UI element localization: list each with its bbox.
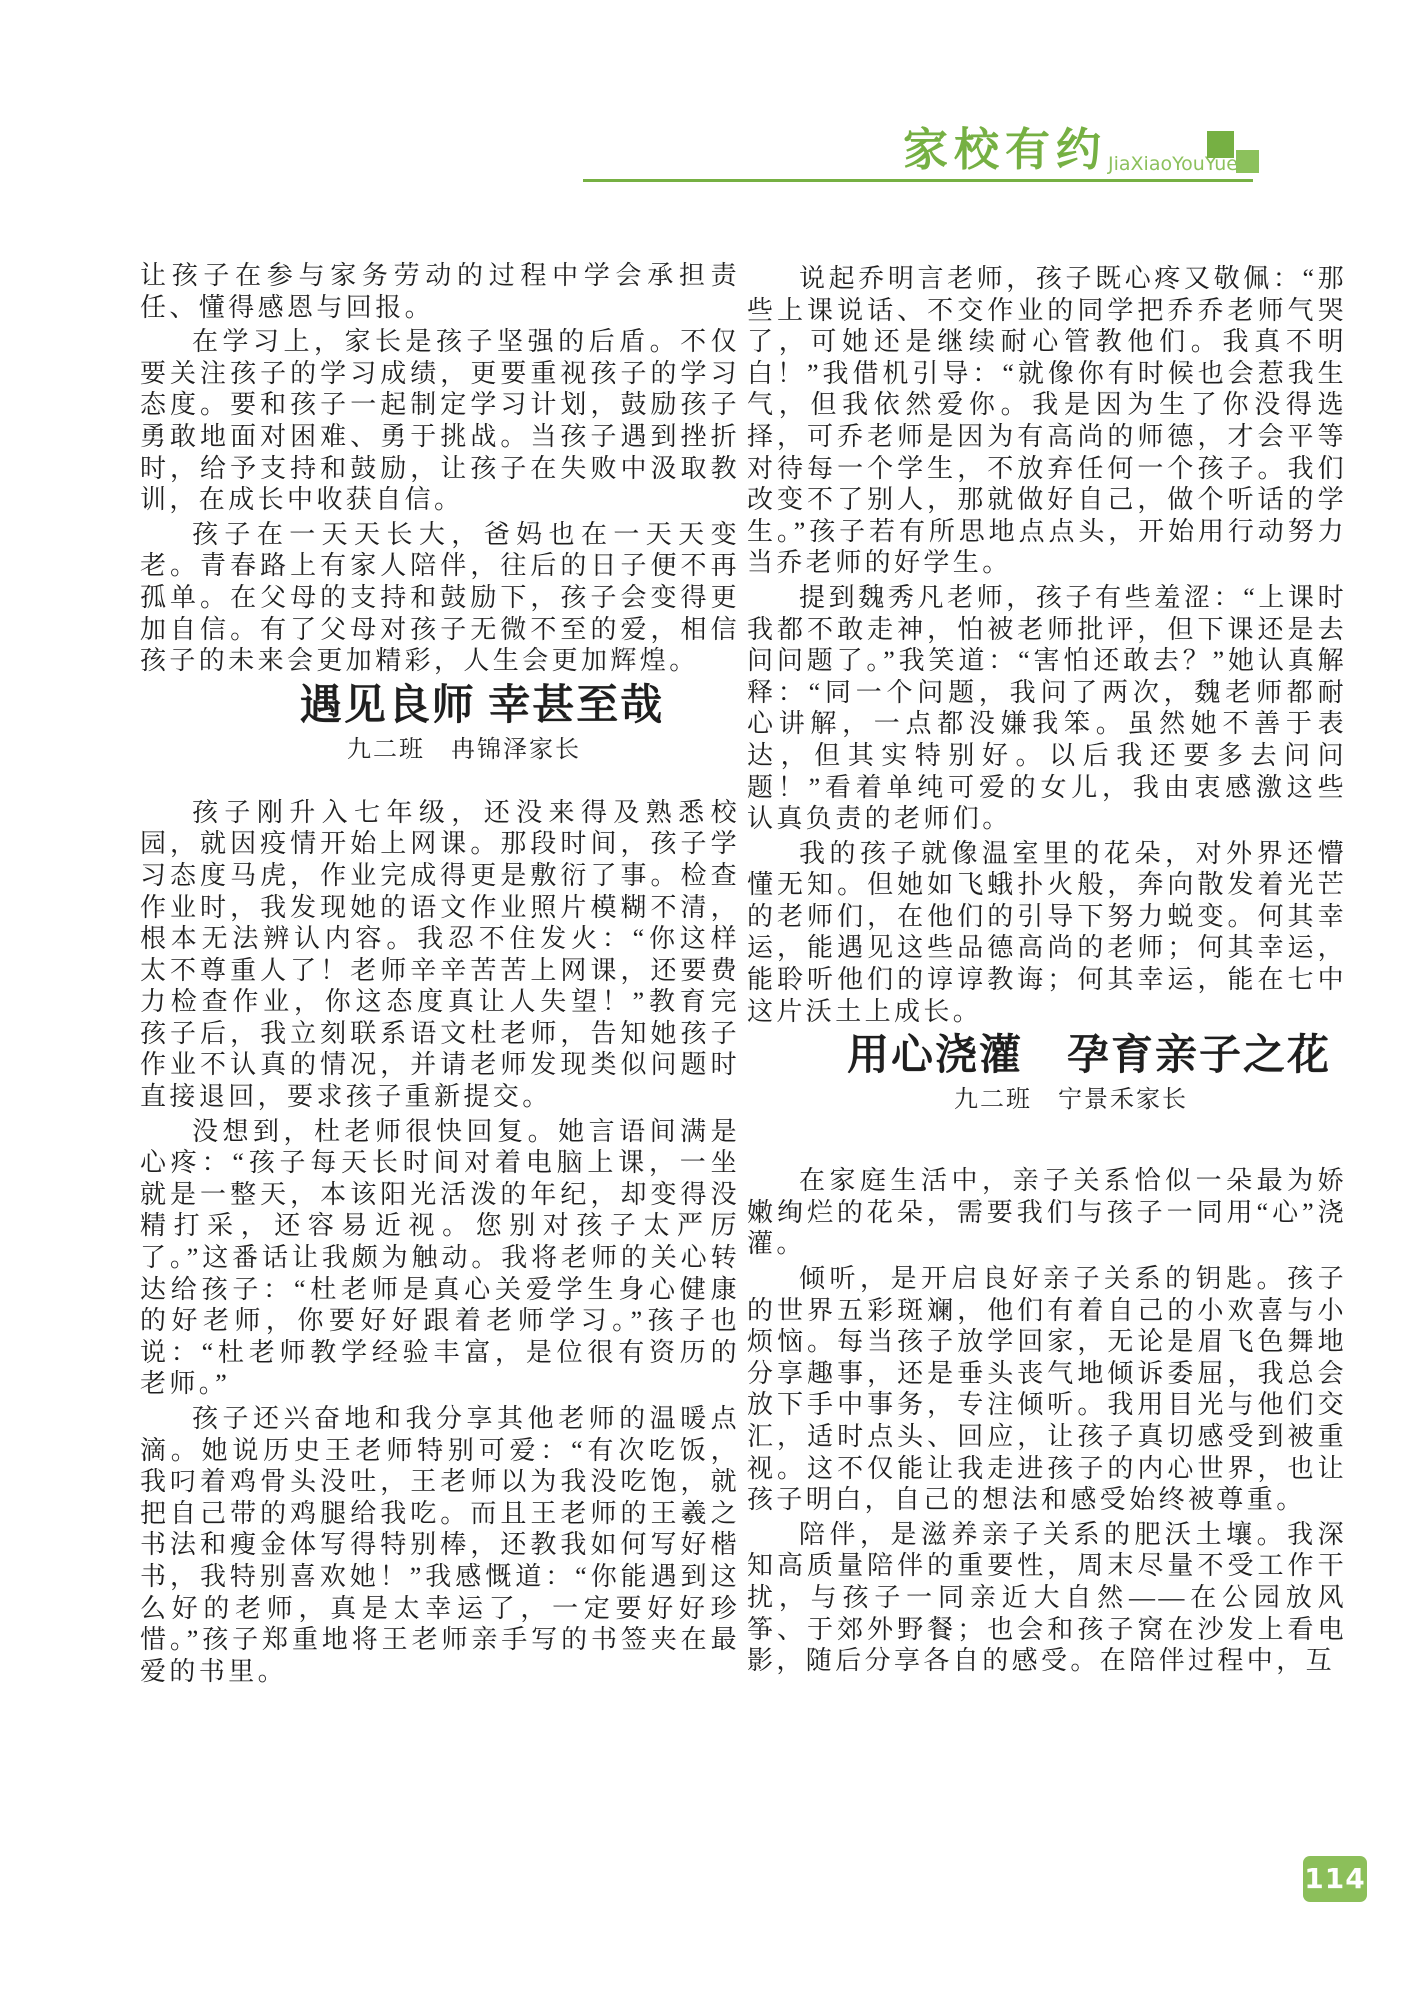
continuation-paragraph: 提到魏秀凡老师，孩子有些羞涩：“上课时我都不敢走神，怕被老师批评，但下课还是去问…: [747, 582, 1347, 835]
article-title: 遇见良师 幸甚至哉: [140, 680, 740, 732]
header-rule: [583, 179, 1253, 182]
continuation-paragraph: 说起乔明言老师，孩子既心疼又敬佩：“那些上课说话、不交作业的同学把乔乔老师气哭了…: [747, 263, 1347, 579]
intro-paragraph: 孩子在一天天长大，爸妈也在一天天变老。青春路上有家人陪伴，往后的日子便不再孤单。…: [140, 519, 740, 677]
body-paragraph: 陪伴，是滋养亲子关系的肥沃土壤。我深知高质量陪伴的重要性，周末尽量不受工作干扰，…: [747, 1519, 1347, 1677]
article-body: 在家庭生活中，亲子关系恰似一朵最为娇嫩绚烂的花朵，需要我们与孩子一同用“心”浇灌…: [747, 1165, 1347, 1677]
body-paragraph: 倾听，是开启良好亲子关系的钥匙。孩子的世界五彩斑斓，他们有着自己的小欢喜与小烦恼…: [747, 1263, 1347, 1516]
right-column: 说起乔明言老师，孩子既心疼又敬佩：“那些上课说话、不交作业的同学把乔乔老师气哭了…: [747, 263, 1347, 1680]
header-square-icon-small: [1236, 150, 1259, 173]
continuation-paragraph: 我的孩子就像温室里的花朵，对外界还懵懂无知。但她如飞蛾扑火般，奔向散发着光芒的老…: [747, 838, 1347, 1028]
left-column: 让孩子在参与家务劳动的过程中学会承担责任、懂得感恩与回报。 在学习上，家长是孩子…: [140, 260, 740, 1690]
header-square-icon: [1207, 131, 1234, 158]
article-byline: 九二班 冉锦泽家长: [140, 735, 740, 765]
article-title: 用心浇灌 孕育亲子之花: [747, 1030, 1347, 1082]
page-number-badge: 114: [1303, 1856, 1367, 1902]
article-body: 孩子刚升入七年级，还没来得及熟悉校园，就因疫情开始上网课。那段时间，孩子学习态度…: [140, 797, 740, 1688]
intro-paragraph: 让孩子在参与家务劳动的过程中学会承担责任、懂得感恩与回报。: [140, 260, 740, 323]
body-paragraph: 没想到，杜老师很快回复。她言语间满是心疼：“孩子每天长时间对着电脑上课，一坐就是…: [140, 1116, 740, 1400]
body-paragraph: 在家庭生活中，亲子关系恰似一朵最为娇嫩绚烂的花朵，需要我们与孩子一同用“心”浇灌…: [747, 1165, 1347, 1260]
body-paragraph: 孩子刚升入七年级，还没来得及熟悉校园，就因疫情开始上网课。那段时间，孩子学习态度…: [140, 797, 740, 1113]
body-paragraph: 孩子还兴奋地和我分享其他老师的温暖点滴。她说历史王老师特别可爱：“有次吃饭，我叼…: [140, 1403, 740, 1687]
magazine-page: 家校有约 JiaXiaoYouYue 让孩子在参与家务劳动的过程中学会承担责任、…: [0, 0, 1414, 2000]
intro-paragraph: 在学习上，家长是孩子坚强的后盾。不仅要关注孩子的学习成绩，更要重视孩子的学习态度…: [140, 326, 740, 516]
page-header-title: 家校有约: [903, 126, 1107, 174]
article-byline: 九二班 宁景禾家长: [747, 1085, 1347, 1115]
